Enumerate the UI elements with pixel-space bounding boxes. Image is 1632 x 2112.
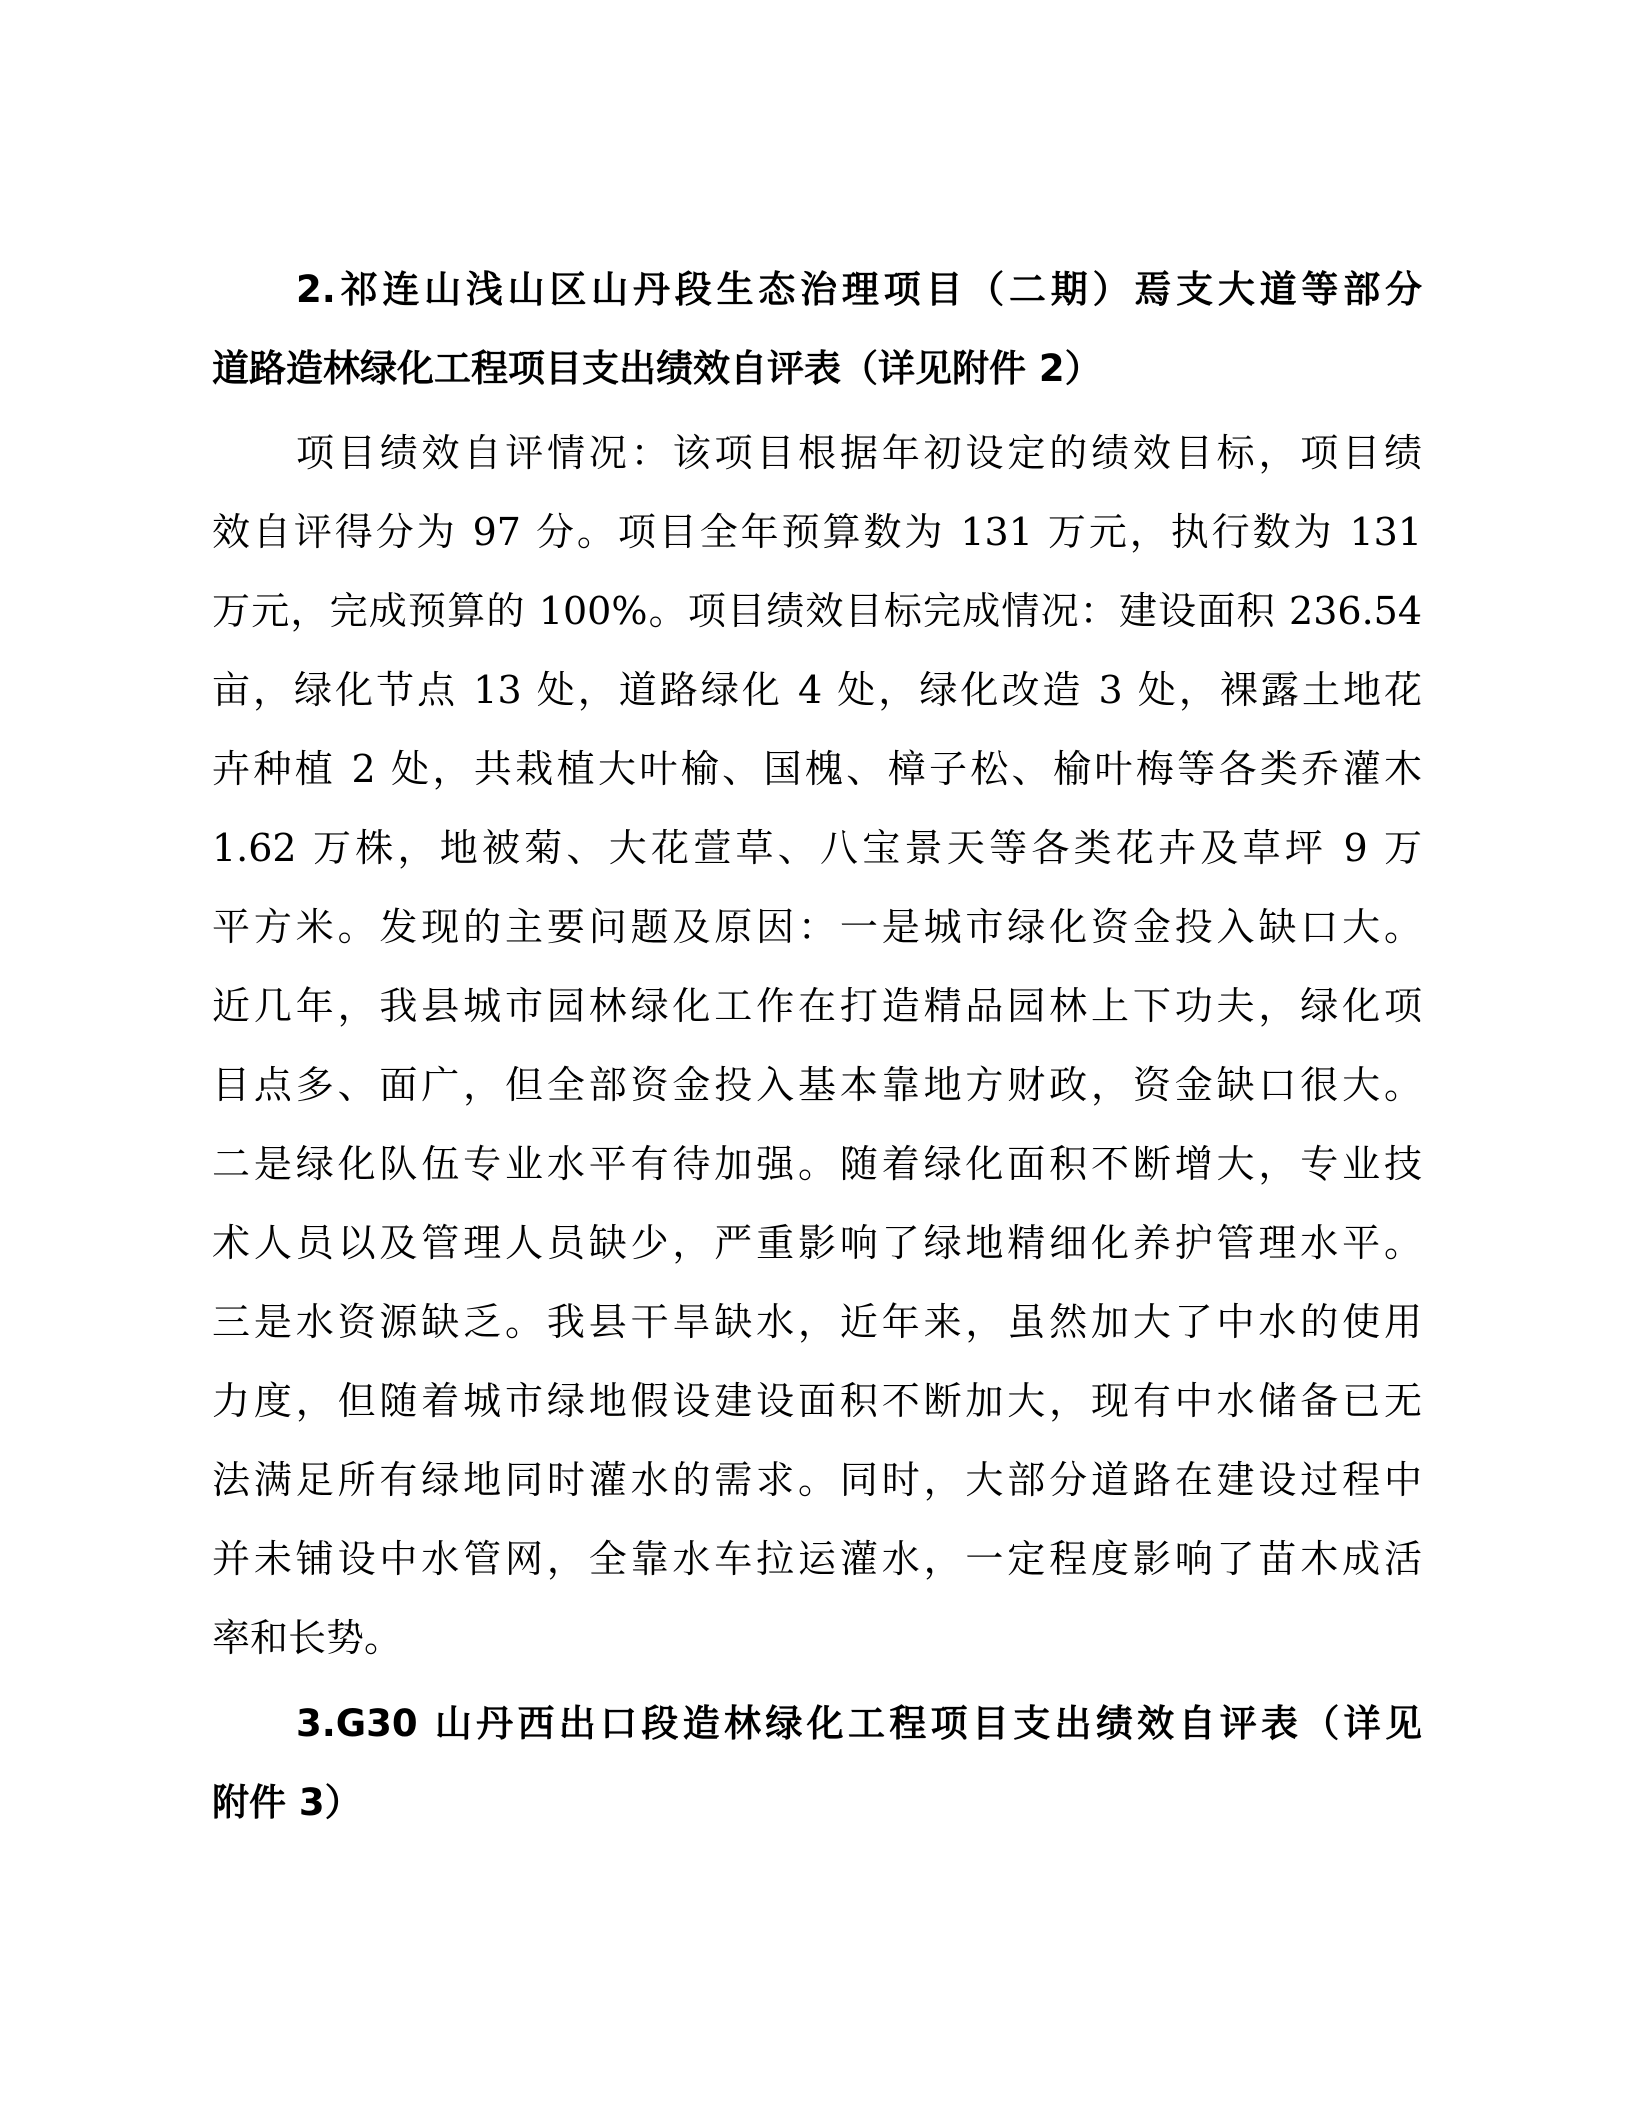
heading-line: 2.祁连山浅山区山丹段生态治理项目（二期）焉支大道等部分 <box>212 250 1422 329</box>
paragraph-line: 力度，但随着城市绿地假设建设面积不断加大，现有中水储备已无 <box>212 1362 1422 1441</box>
paragraph-line: 二是绿化队伍专业水平有待加强。随着绿化面积不断增大，专业技 <box>212 1125 1422 1204</box>
section-2-body-paragraph: 项目绩效自评情况：该项目根据年初设定的绩效目标，项目绩 效自评得分为 97 分。… <box>212 414 1422 1678</box>
paragraph-line: 平方米。发现的主要问题及原因：一是城市绿化资金投入缺口大。 <box>212 888 1422 967</box>
paragraph-line: 卉种植 2 处，共栽植大叶榆、国槐、樟子松、榆叶梅等各类乔灌木 <box>212 730 1422 809</box>
section-2-heading: 2.祁连山浅山区山丹段生态治理项目（二期）焉支大道等部分 道路造林绿化工程项目支… <box>212 250 1422 408</box>
paragraph-line: 三是水资源缺乏。我县干旱缺水，近年来，虽然加大了中水的使用 <box>212 1283 1422 1362</box>
paragraph-line: 效自评得分为 97 分。项目全年预算数为 131 万元，执行数为 131 <box>212 493 1422 572</box>
paragraph-line: 1.62 万株，地被菊、大花萱草、八宝景天等各类花卉及草坪 9 万 <box>212 809 1422 888</box>
heading-line: 附件 3） <box>212 1763 1422 1842</box>
paragraph-line: 目点多、面广，但全部资金投入基本靠地方财政，资金缺口很大。 <box>212 1046 1422 1125</box>
paragraph-line: 术人员以及管理人员缺少，严重影响了绿地精细化养护管理水平。 <box>212 1204 1422 1283</box>
paragraph-line: 亩，绿化节点 13 处，道路绿化 4 处，绿化改造 3 处，裸露土地花 <box>212 651 1422 730</box>
paragraph-line: 项目绩效自评情况：该项目根据年初设定的绩效目标，项目绩 <box>212 414 1422 493</box>
paragraph-line: 并未铺设中水管网，全靠水车拉运灌水，一定程度影响了苗木成活 <box>212 1520 1422 1599</box>
paragraph-line: 近几年，我县城市园林绿化工作在打造精品园林上下功夫，绿化项 <box>212 967 1422 1046</box>
section-3-heading: 3.G30 山丹西出口段造林绿化工程项目支出绩效自评表（详见 附件 3） <box>212 1684 1422 1842</box>
paragraph-line: 法满足所有绿地同时灌水的需求。同时，大部分道路在建设过程中 <box>212 1441 1422 1520</box>
paragraph-line: 率和长势。 <box>212 1599 1422 1678</box>
paragraph-line: 万元，完成预算的 100%。项目绩效目标完成情况：建设面积 236.54 <box>212 572 1422 651</box>
heading-line: 道路造林绿化工程项目支出绩效自评表（详见附件 2） <box>212 329 1422 408</box>
heading-line: 3.G30 山丹西出口段造林绿化工程项目支出绩效自评表（详见 <box>212 1684 1422 1763</box>
document-page: 2.祁连山浅山区山丹段生态治理项目（二期）焉支大道等部分 道路造林绿化工程项目支… <box>0 0 1632 2112</box>
